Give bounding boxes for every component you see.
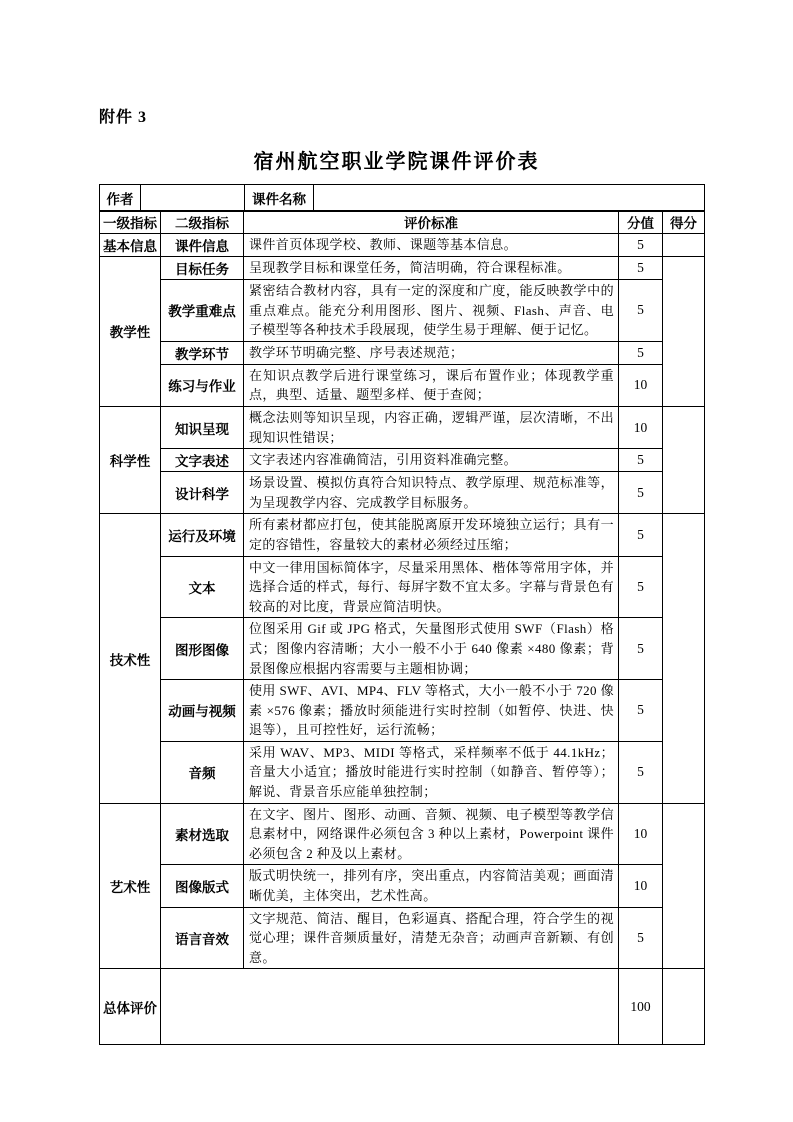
score-value: 5 <box>619 449 663 472</box>
table-row: 图形图像 位图采用 Gif 或 JPG 格式，矢量图形式使用 SWF（Flash… <box>100 618 705 680</box>
indicator-label: 动画与视频 <box>161 680 244 742</box>
header-obtained: 得分 <box>663 211 705 234</box>
courseware-name-value-cell <box>314 185 705 212</box>
obtained-score-cell <box>663 257 705 407</box>
criteria-text: 在知识点教学后进行课堂练习，课后布置作业；体现教学重点，典型、适量、题型多样、便… <box>244 364 619 406</box>
table-row: 音频 采用 WAV、MP3、MIDI 等格式，采样频率不低于 44.1kHz；音… <box>100 741 705 803</box>
info-table: 作者 课件名称 <box>99 184 705 212</box>
criteria-text: 位图采用 Gif 或 JPG 格式，矢量图形式使用 SWF（Flash）格式；图… <box>244 618 619 680</box>
table-row: 文字表述 文字表述内容准确简洁，引用资料准确完整。 5 <box>100 449 705 472</box>
table-row: 图像版式 版式明快统一，排列有序，突出重点，内容简洁美观；画面清晰优美，主体突出… <box>100 865 705 907</box>
score-value: 5 <box>619 514 663 556</box>
criteria-text: 教学环节明确完整、序号表述规范； <box>244 341 619 364</box>
group-label-basic-info: 基本信息 <box>100 234 161 257</box>
table-row: 语言音效 文字规范、简洁、醒目，色彩逼真、搭配合理，符合学生的视觉心理；课件音频… <box>100 907 705 969</box>
total-score-value: 100 <box>619 969 663 1045</box>
header-level1: 一级指标 <box>100 211 161 234</box>
criteria-text: 所有素材都应打包，使其能脱离原开发环境独立运行；具有一定的容错性，容量较大的素材… <box>244 514 619 556</box>
overall-label: 总体评价 <box>100 969 161 1045</box>
indicator-label: 语言音效 <box>161 907 244 969</box>
obtained-score-cell <box>663 803 705 969</box>
indicator-label: 图形图像 <box>161 618 244 680</box>
indicator-label: 文本 <box>161 556 244 618</box>
table-row: 动画与视频 使用 SWF、AVI、MP4、FLV 等格式，大小一般不小于 720… <box>100 680 705 742</box>
score-value: 5 <box>619 280 663 342</box>
info-row: 作者 课件名称 <box>100 185 705 212</box>
criteria-text: 使用 SWF、AVI、MP4、FLV 等格式，大小一般不小于 720 像素 ×5… <box>244 680 619 742</box>
criteria-text: 概念法则等知识呈现，内容正确，逻辑严谨，层次清晰，不出现知识性错误； <box>244 406 619 448</box>
table-header-row: 一级指标 二级指标 评价标准 分值 得分 <box>100 211 705 234</box>
score-value: 10 <box>619 406 663 448</box>
criteria-text: 在文字、图片、图形、动画、音频、视频、电子模型等教学信息素材中，网络课件必须包含… <box>244 803 619 865</box>
table-row: 基本信息 课件信息 课件首页体现学校、教师、课题等基本信息。 5 <box>100 234 705 257</box>
indicator-label: 设计科学 <box>161 472 244 514</box>
indicator-label: 运行及环境 <box>161 514 244 556</box>
obtained-score-cell <box>663 969 705 1045</box>
criteria-text: 场景设置、模拟仿真符合知识特点、教学原理、规范标准等，为呈现教学内容、完成教学目… <box>244 472 619 514</box>
table-row: 设计科学 场景设置、模拟仿真符合知识特点、教学原理、规范标准等，为呈现教学内容、… <box>100 472 705 514</box>
table-row: 练习与作业 在知识点教学后进行课堂练习，课后布置作业；体现教学重点，典型、适量、… <box>100 364 705 406</box>
table-row: 文本 中文一律用国标简体字，尽量采用黑体、楷体等常用字体，并选择合适的样式，每行… <box>100 556 705 618</box>
author-label: 作者 <box>100 185 141 212</box>
criteria-text: 版式明快统一，排列有序，突出重点，内容简洁美观；画面清晰优美，主体突出，艺术性高… <box>244 865 619 907</box>
group-label-teaching: 教学性 <box>100 257 161 407</box>
table-row: 教学环节 教学环节明确完整、序号表述规范； 5 <box>100 341 705 364</box>
table-row: 艺术性 素材选取 在文字、图片、图形、动画、音频、视频、电子模型等教学信息素材中… <box>100 803 705 865</box>
criteria-text: 课件首页体现学校、教师、课题等基本信息。 <box>244 234 619 257</box>
indicator-label: 教学重难点 <box>161 280 244 342</box>
indicator-label: 知识呈现 <box>161 406 244 448</box>
overall-evaluation-row: 总体评价 100 <box>100 969 705 1045</box>
score-value: 10 <box>619 364 663 406</box>
criteria-text: 呈现教学目标和课堂任务，简洁明确，符合课程标准。 <box>244 257 619 280</box>
criteria-text: 文字表述内容准确简洁，引用资料准确完整。 <box>244 449 619 472</box>
score-value: 10 <box>619 803 663 865</box>
header-criteria: 评价标准 <box>244 211 619 234</box>
table-row: 技术性 运行及环境 所有素材都应打包，使其能脱离原开发环境独立运行；具有一定的容… <box>100 514 705 556</box>
score-value: 5 <box>619 341 663 364</box>
score-value: 5 <box>619 618 663 680</box>
courseware-name-label: 课件名称 <box>245 185 314 212</box>
criteria-text: 采用 WAV、MP3、MIDI 等格式，采样频率不低于 44.1kHz；音量大小… <box>244 741 619 803</box>
indicator-label: 图像版式 <box>161 865 244 907</box>
obtained-score-cell <box>663 234 705 257</box>
score-value: 5 <box>619 556 663 618</box>
author-value-cell <box>141 185 245 212</box>
evaluation-table: 一级指标 二级指标 评价标准 分值 得分 基本信息 课件信息 课件首页体现学校、… <box>99 210 705 1045</box>
obtained-score-cell <box>663 514 705 803</box>
document-page: 附件 3 宿州航空职业学院课件评价表 作者 课件名称 一级指标 二级指标 评价标… <box>0 0 793 1122</box>
table-row: 科学性 知识呈现 概念法则等知识呈现，内容正确，逻辑严谨，层次清晰，不出现知识性… <box>100 406 705 448</box>
criteria-text: 紧密结合教材内容，具有一定的深度和广度，能反映教学中的重点难点。能充分利用图形、… <box>244 280 619 342</box>
score-value: 5 <box>619 907 663 969</box>
group-label-artistic: 艺术性 <box>100 803 161 969</box>
table-row: 教学重难点 紧密结合教材内容，具有一定的深度和广度，能反映教学中的重点难点。能充… <box>100 280 705 342</box>
indicator-label: 文字表述 <box>161 449 244 472</box>
indicator-label: 目标任务 <box>161 257 244 280</box>
score-value: 5 <box>619 472 663 514</box>
header-score: 分值 <box>619 211 663 234</box>
header-level2: 二级指标 <box>161 211 244 234</box>
criteria-text: 文字规范、简洁、醒目，色彩逼真、搭配合理，符合学生的视觉心理；课件音频质量好，清… <box>244 907 619 969</box>
score-value: 5 <box>619 741 663 803</box>
page-title: 宿州航空职业学院课件评价表 <box>0 145 793 174</box>
table-row: 教学性 目标任务 呈现教学目标和课堂任务，简洁明确，符合课程标准。 5 <box>100 257 705 280</box>
score-value: 5 <box>619 234 663 257</box>
indicator-label: 课件信息 <box>161 234 244 257</box>
group-label-technical: 技术性 <box>100 514 161 803</box>
obtained-score-cell <box>663 406 705 513</box>
group-label-scientific: 科学性 <box>100 406 161 513</box>
indicator-label: 练习与作业 <box>161 364 244 406</box>
attachment-label: 附件 3 <box>99 104 147 127</box>
indicator-label: 音频 <box>161 741 244 803</box>
indicator-label: 教学环节 <box>161 341 244 364</box>
score-value: 5 <box>619 257 663 280</box>
indicator-label: 素材选取 <box>161 803 244 865</box>
score-value: 5 <box>619 680 663 742</box>
criteria-text: 中文一律用国标简体字，尽量采用黑体、楷体等常用字体，并选择合适的样式，每行、每屏… <box>244 556 619 618</box>
score-value: 10 <box>619 865 663 907</box>
overall-comment-cell <box>161 969 619 1045</box>
